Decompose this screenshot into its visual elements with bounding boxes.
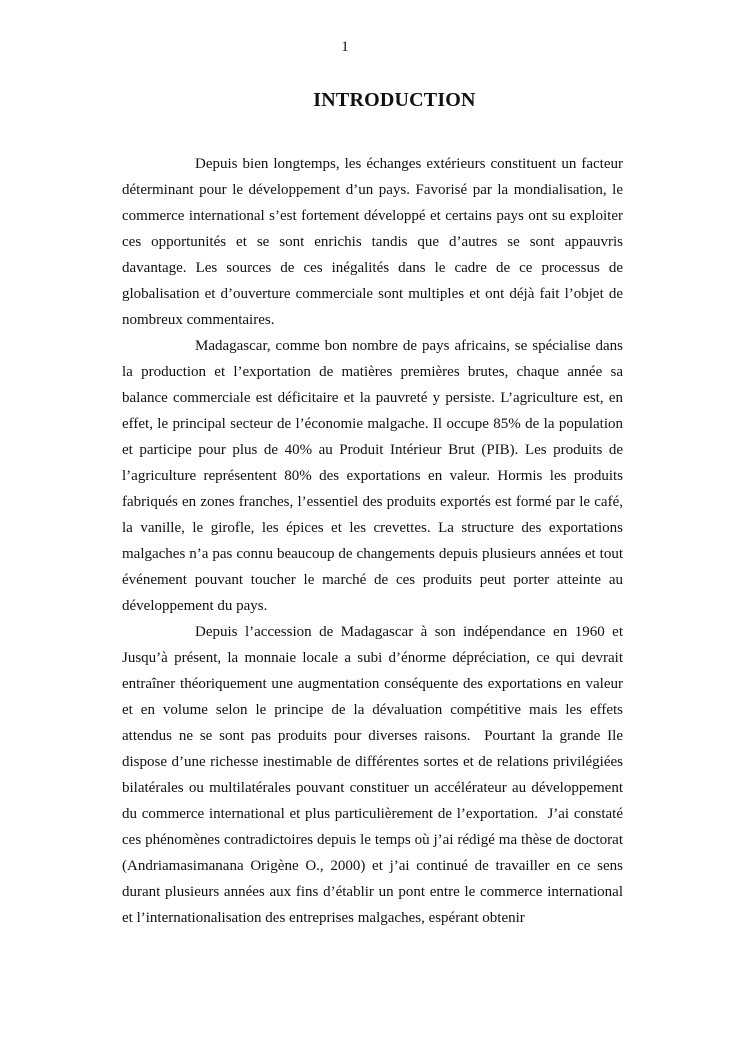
document-body: Depuis bien longtemps, les échanges exté… [122,151,623,931]
paragraph: Depuis l’accession de Madagascar à son i… [122,619,623,931]
page-title: INTRODUCTION [122,90,623,110]
page-number: 1 [0,39,690,56]
document-page: 1 INTRODUCTION Depuis bien longtemps, le… [0,0,745,1053]
paragraph: Depuis bien longtemps, les échanges exté… [122,151,623,333]
paragraph: Madagascar, comme bon nombre de pays afr… [122,333,623,619]
